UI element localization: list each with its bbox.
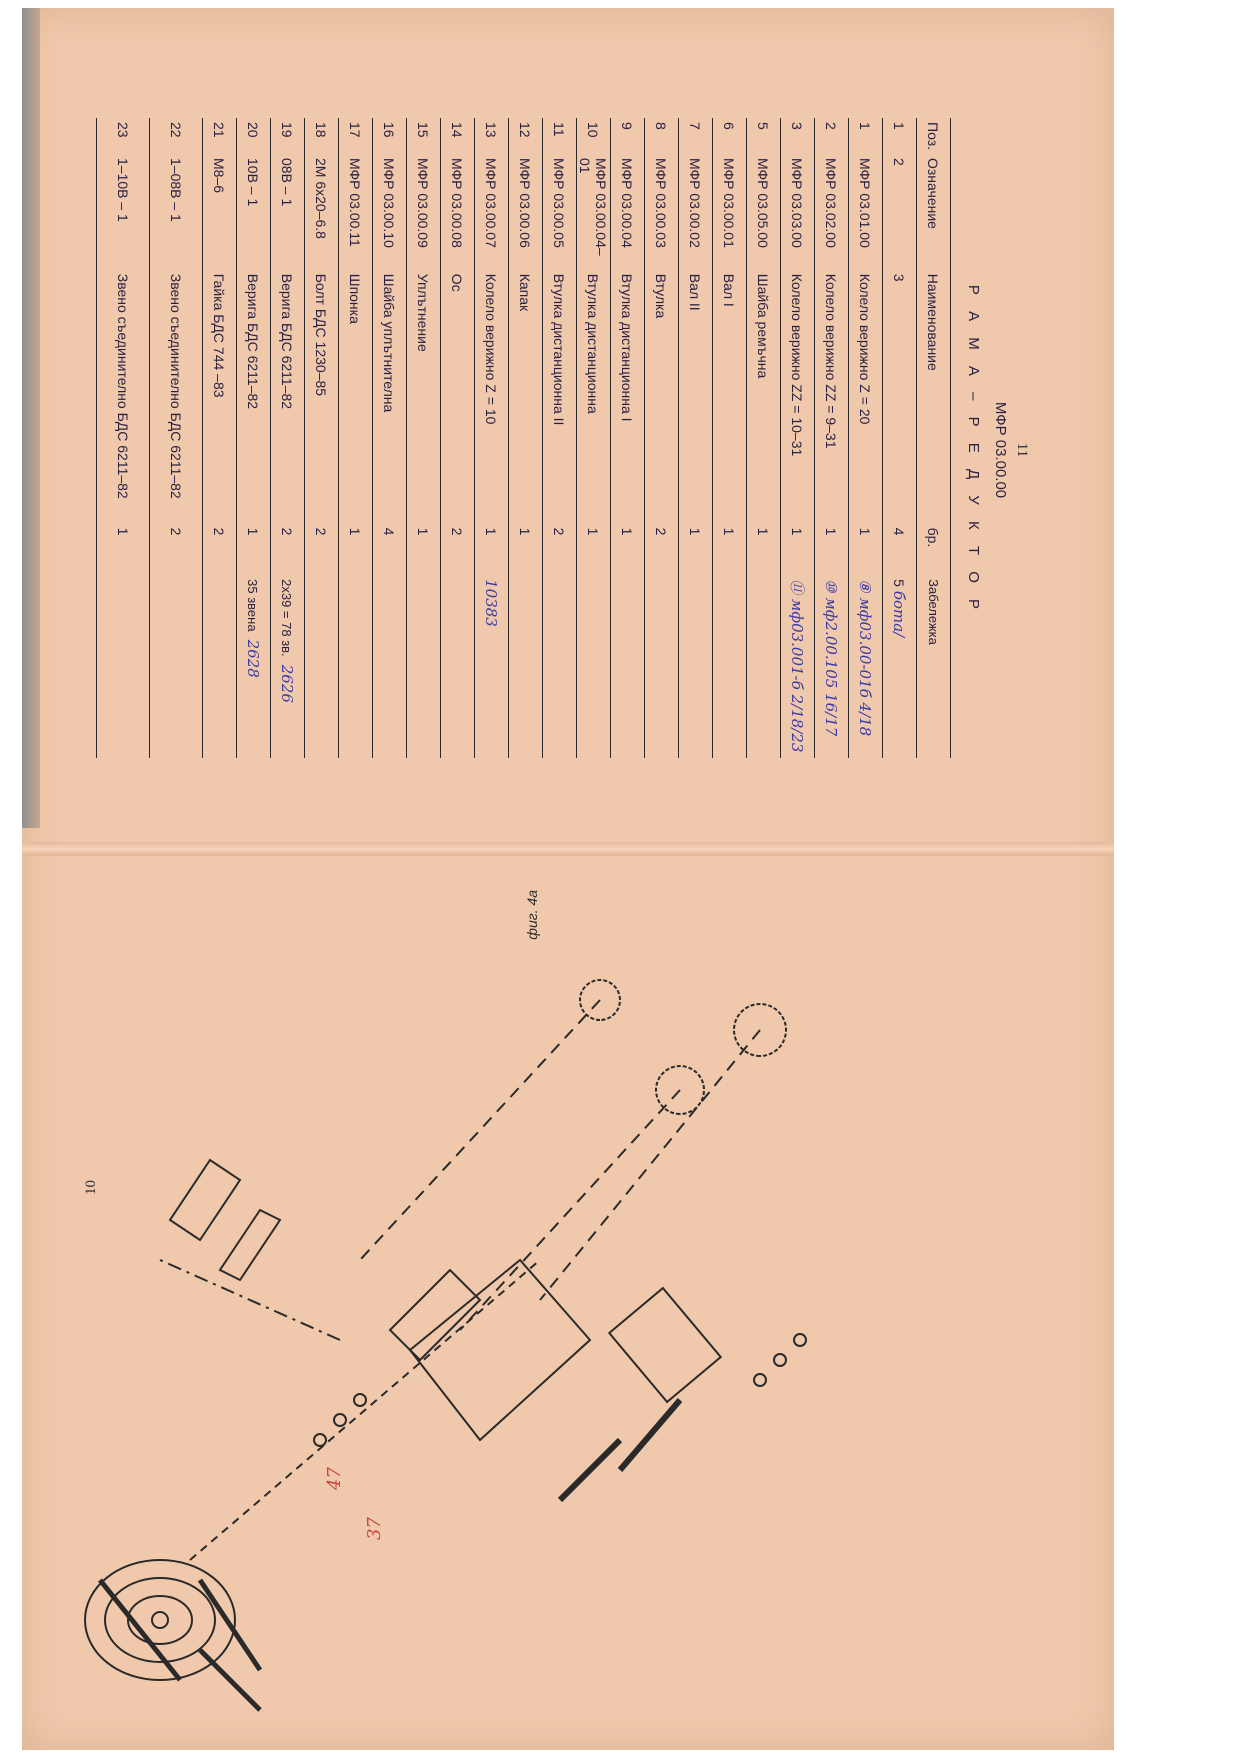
- cell-note: [713, 575, 747, 758]
- header-code: Означение: [917, 154, 951, 270]
- cell-name: Шайба уплътнителна: [373, 270, 407, 524]
- cell-code: МФР 03.00.04: [611, 154, 645, 270]
- table-row: 182М 6х20–6.8Болт БДС 1230–852: [305, 118, 339, 758]
- document-code: МФР 03.00.00: [992, 90, 1009, 810]
- table-row: 3МФР 03.03.00Колело верижно ZZ = 10–311⑪…: [781, 118, 815, 758]
- cell-name: Колело верижно Z = 20: [849, 270, 883, 524]
- cell-qty: 1: [815, 524, 849, 576]
- cell-pos: 3: [781, 118, 815, 154]
- table-row: 21М8–6Гайка БДС 744 –832: [203, 118, 237, 758]
- colnum-4: 4: [883, 524, 917, 576]
- cell-qty: 1: [339, 524, 373, 576]
- cell-qty: 2: [441, 524, 475, 576]
- cell-name: Звено съединително БДС 6211–82: [97, 270, 150, 524]
- cell-note: [97, 575, 150, 758]
- header-pos: Поз.: [917, 118, 951, 154]
- cell-pos: 6: [713, 118, 747, 154]
- cell-qty: 2: [271, 524, 305, 576]
- cell-qty: 1: [781, 524, 815, 576]
- cell-code: МФР 03.00.10: [373, 154, 407, 270]
- cell-name: Втулка: [645, 270, 679, 524]
- cell-qty: 1: [679, 524, 713, 576]
- cell-qty: 1: [509, 524, 543, 576]
- cell-note: [203, 575, 237, 758]
- cell-code: 2М 6х20–6.8: [305, 154, 339, 270]
- cell-pos: 5: [747, 118, 781, 154]
- cover-plate-icon: [170, 1160, 280, 1280]
- cell-code: МФР 03.00.06: [509, 154, 543, 270]
- cell-qty: 2: [203, 524, 237, 576]
- cell-pos: 13: [475, 118, 509, 154]
- cell-name: Болт БДС 1230–85: [305, 270, 339, 524]
- cell-note: [509, 575, 543, 758]
- handwritten-annotation: ⑪ мф03.001-б 2/18/23: [788, 579, 806, 752]
- cell-pos: 14: [441, 118, 475, 154]
- cell-code: МФР 03.00.11: [339, 154, 373, 270]
- page-title: Р А М А – Р Е Д У К Т О Р: [965, 90, 982, 810]
- table-row: 6МФР 03.00.01Вал I1: [713, 118, 747, 758]
- cell-code: МФР 03.02.00: [815, 154, 849, 270]
- exploded-diagram-page: 37 47 фиг. 4а 10: [50, 880, 1060, 1740]
- table-row: 2МФР 03.02.00Колело верижно ZZ = 9–311⑩ …: [815, 118, 849, 758]
- svg-text:47: 47: [324, 1467, 345, 1491]
- handwritten-annotation: 10383: [483, 579, 501, 627]
- column-number-row: 1 2 3 4 5 бота/: [883, 118, 917, 758]
- cell-note: [150, 575, 203, 758]
- cell-pos: 21: [203, 118, 237, 154]
- booklet-spine-fold: [22, 842, 1114, 856]
- header-name: Наименование: [917, 270, 951, 524]
- cell-qty: 1: [747, 524, 781, 576]
- cell-qty: 1: [475, 524, 509, 576]
- cell-code: МФР 03.03.00: [781, 154, 815, 270]
- table-row: 13МФР 03.00.07Колело верижно Z = 1011038…: [475, 118, 509, 758]
- cell-pos: 2: [815, 118, 849, 154]
- cell-note: [373, 575, 407, 758]
- cell-code: 1–10В – 1: [97, 154, 150, 270]
- table-row: 1908В – 1Верига БДС 6211–8222х39 = 78 зв…: [271, 118, 305, 758]
- parts-table: Поз. Означение Наименование бр. Забележк…: [96, 118, 951, 758]
- cell-qty: 4: [373, 524, 407, 576]
- cell-code: 08В – 1: [271, 154, 305, 270]
- cell-pos: 8: [645, 118, 679, 154]
- cell-pos: 20: [237, 118, 271, 154]
- cell-pos: 12: [509, 118, 543, 154]
- cell-note: [339, 575, 373, 758]
- cell-pos: 15: [407, 118, 441, 154]
- cell-name: Колело верижно ZZ = 10–31: [781, 270, 815, 524]
- cell-note: [543, 575, 577, 758]
- cell-name: Колело верижно ZZ = 9–31: [815, 270, 849, 524]
- cell-code: МФР 03.00.04–01: [577, 154, 611, 270]
- colnum-3: 3: [883, 270, 917, 524]
- page-number: 11: [1013, 90, 1030, 810]
- handwritten-annotation: 2628: [245, 640, 263, 678]
- printed-note: 35 звена: [246, 579, 261, 631]
- table-row: 5МФР 03.05.00Шайба ремъчна1: [747, 118, 781, 758]
- header-qty: бр.: [917, 524, 951, 576]
- table-row: 221–08В – 1Звено съединително БДС 6211–8…: [150, 118, 203, 758]
- cell-name: Втулка дистанционна: [577, 270, 611, 524]
- cell-qty: 2: [305, 524, 339, 576]
- cell-code: МФР 03.00.09: [407, 154, 441, 270]
- cell-note: ⑪ мф03.001-б 2/18/23: [781, 575, 815, 758]
- cell-code: МФР 03.00.07: [475, 154, 509, 270]
- cell-code: МФР 03.00.05: [543, 154, 577, 270]
- cell-note: [441, 575, 475, 758]
- cell-pos: 17: [339, 118, 373, 154]
- cell-name: Капак: [509, 270, 543, 524]
- cell-note: [305, 575, 339, 758]
- page-number: 10: [83, 1180, 100, 1195]
- handwritten-marks: 37 47: [324, 1467, 385, 1540]
- cell-note: 35 звена2628: [237, 575, 271, 758]
- cell-name: Вал I: [713, 270, 747, 524]
- svg-text:37: 37: [364, 1517, 385, 1540]
- cell-note: [747, 575, 781, 758]
- cell-code: МФР 03.00.01: [713, 154, 747, 270]
- sprocket-icon: [580, 980, 786, 1114]
- handwritten-note: бота/: [891, 591, 909, 637]
- cell-pos: 16: [373, 118, 407, 154]
- cell-name: Шпонка: [339, 270, 373, 524]
- scan-edge-shadow: [22, 8, 40, 828]
- cell-name: Верига БДС 6211–82: [237, 270, 271, 524]
- cell-note: [611, 575, 645, 758]
- printed-note: 2х39 = 78 зв.: [280, 579, 295, 657]
- colnum-2: 2: [883, 154, 917, 270]
- table-row: 1МФР 03.01.00Колело верижно Z = 201⑧ мф0…: [849, 118, 883, 758]
- colnum-5: 5 бота/: [883, 575, 917, 758]
- cell-pos: 10: [577, 118, 611, 154]
- figure-caption: фиг. 4а: [524, 890, 540, 940]
- cell-qty: 1: [713, 524, 747, 576]
- table-row: 9МФР 03.00.04Втулка дистанционна I1: [611, 118, 645, 758]
- cell-qty: 1: [97, 524, 150, 576]
- cell-code: МФР 03.00.08: [441, 154, 475, 270]
- cell-qty: 2: [150, 524, 203, 576]
- header-note: Забележка: [917, 575, 951, 758]
- cell-qty: 1: [611, 524, 645, 576]
- cell-note: 10383: [475, 575, 509, 758]
- cell-code: 1–08В – 1: [150, 154, 203, 270]
- cell-name: Шайба ремъчна: [747, 270, 781, 524]
- cell-pos: 11: [543, 118, 577, 154]
- cell-name: Колело верижно Z = 10: [475, 270, 509, 524]
- cell-note: 2х39 = 78 зв.2626: [271, 575, 305, 758]
- parts-list-page: 11 МФР 03.00.00 Р А М А – Р Е Д У К Т О …: [110, 90, 1030, 810]
- cell-qty: 2: [543, 524, 577, 576]
- handwritten-annotation: ⑧ мф03.00-01б 4/18: [857, 579, 875, 736]
- table-row: 12МФР 03.00.06Капак1: [509, 118, 543, 758]
- cell-qty: 2: [645, 524, 679, 576]
- cell-code: 10В – 1: [237, 154, 271, 270]
- table-row: 14МФР 03.00.08Ос2: [441, 118, 475, 758]
- cell-pos: 18: [305, 118, 339, 154]
- cell-code: МФР 03.01.00: [849, 154, 883, 270]
- table-row: 10МФР 03.00.04–01Втулка дистанционна1: [577, 118, 611, 758]
- cell-qty: 1: [849, 524, 883, 576]
- table-row: 7МФР 03.00.02Вал II1: [679, 118, 713, 758]
- cell-note: ⑧ мф03.00-01б 4/18: [849, 575, 883, 758]
- cell-note: [645, 575, 679, 758]
- cell-note: [407, 575, 441, 758]
- cell-note: [577, 575, 611, 758]
- table-row: 2010В – 1Верига БДС 6211–82135 звена2628: [237, 118, 271, 758]
- cell-name: Звено съединително БДС 6211–82: [150, 270, 203, 524]
- cell-qty: 1: [407, 524, 441, 576]
- cell-qty: 1: [237, 524, 271, 576]
- cell-pos: 9: [611, 118, 645, 154]
- cell-name: Уплътнение: [407, 270, 441, 524]
- cell-name: Втулка дистанционна I: [611, 270, 645, 524]
- cell-pos: 22: [150, 118, 203, 154]
- table-row: 231–10В – 1Звено съединително БДС 6211–8…: [97, 118, 150, 758]
- cell-code: МФР 03.05.00: [747, 154, 781, 270]
- cell-pos: 23: [97, 118, 150, 154]
- cell-qty: 1: [577, 524, 611, 576]
- table-row: 16МФР 03.00.10Шайба уплътнителна4: [373, 118, 407, 758]
- cell-name: Гайка БДС 744 –83: [203, 270, 237, 524]
- cell-pos: 1: [849, 118, 883, 154]
- table-row: 11МФР 03.00.05Втулка дистанционна II2: [543, 118, 577, 758]
- cell-name: Ос: [441, 270, 475, 524]
- cell-name: Вал II: [679, 270, 713, 524]
- cell-name: Втулка дистанционна II: [543, 270, 577, 524]
- table-row: 17МФР 03.00.11Шпонка1: [339, 118, 373, 758]
- table-header-row: Поз. Означение Наименование бр. Забележк…: [917, 118, 951, 758]
- cell-pos: 7: [679, 118, 713, 154]
- cell-note: ⑩ мф2.00.105 16/17: [815, 575, 849, 758]
- cell-code: М8–6: [203, 154, 237, 270]
- colnum-1: 1: [883, 118, 917, 154]
- cell-code: МФР 03.00.03: [645, 154, 679, 270]
- cell-note: [679, 575, 713, 758]
- table-row: 8МФР 03.00.03Втулка2: [645, 118, 679, 758]
- table-row: 15МФР 03.00.09Уплътнение1: [407, 118, 441, 758]
- handwritten-annotation: ⑩ мф2.00.105 16/17: [823, 579, 841, 736]
- cell-name: Верига БДС 6211–82: [271, 270, 305, 524]
- exploded-view-diagram: 37 47: [50, 880, 1060, 1740]
- cell-pos: 19: [271, 118, 305, 154]
- handwritten-annotation: 2626: [279, 665, 297, 703]
- cell-code: МФР 03.00.02: [679, 154, 713, 270]
- pulley-icon: [85, 1560, 260, 1710]
